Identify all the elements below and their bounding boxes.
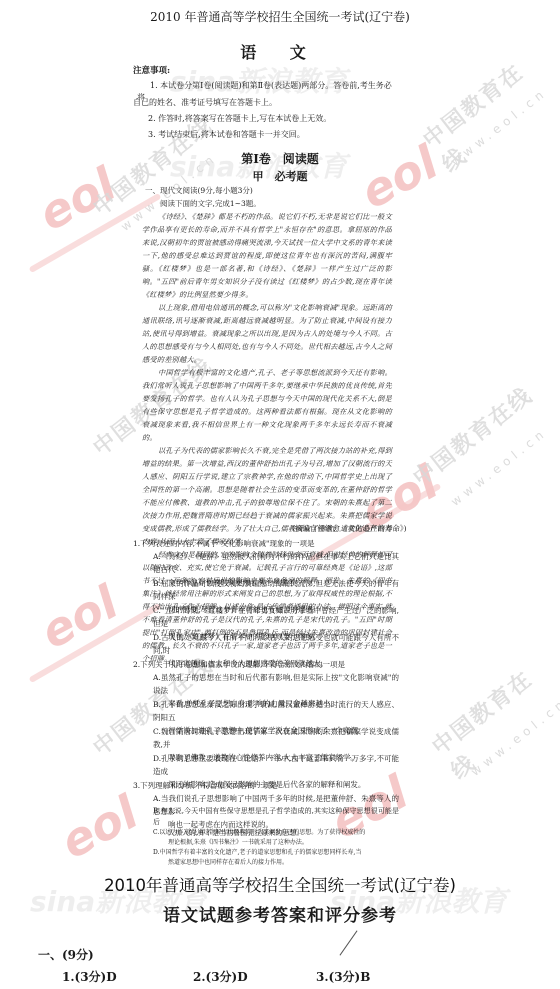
- question-stem: 下列理解和分析,不符合原文内容的一项是: [140, 781, 277, 790]
- question-2: 2.下列关于孔子思想和儒家学说的理解,不符合原文内容的一项是: [133, 658, 395, 671]
- eol-url-watermark: www.eol.cn: [468, 695, 560, 779]
- option-3c: C.以述为作,就是通过注解古代经典的形式来阐发自己的思想。为了获得权威性的理论根…: [153, 828, 399, 848]
- option-text: 孔子的思想主要表现在《论语》一书中,由于这部书只有一万多字,不可能造成: [153, 754, 399, 776]
- notice-heading: 注意事项:: [133, 64, 170, 76]
- option-label: A.: [153, 552, 161, 561]
- option-label: C.: [153, 727, 161, 736]
- section-heading: 一、现代文阅读(9分,每小题3分): [145, 184, 407, 197]
- option-text: 魏晋隋唐时期孔子思想出现了第二次衰减,宋朝的朱熹把儒家学说变成儒教,并: [153, 727, 399, 749]
- option-text: 孔子的思想在秦汉之际出现了衰减,西汉董仲舒把当时流行的天人感应、阴阳五: [153, 700, 399, 722]
- option-text: 虽然孔子的思想在当时和后代都有影响,但是实际上按"文化影响衰减"的说法: [153, 673, 399, 695]
- passage-source: (摘编自任继愈《文化遗产的寿命》): [292, 523, 407, 534]
- question-stem: 下列关于孔子思想和儒家学说的理解,不符合原文内容的一项是: [140, 660, 345, 669]
- option-text: 以述为作,就是通过注解古代经典的形式来阐发自己的思想。为了获得权威性的: [159, 829, 365, 836]
- eol-logo-watermark: eol: [32, 575, 127, 660]
- option-text: 屈原的作品可以使汉初的贾谊感动得痛哭流涕,但是无法使今天的青年有同样深: [153, 579, 399, 601]
- question-1: 1.下列表述的内容,不属于"文化影响衰减"现象的一项是: [133, 537, 395, 550]
- option-label: D.: [153, 754, 161, 763]
- passage-paragraph: 中国哲学有极丰富的文化遗产,孔子、老子等思想流派到今天还有影响。我们常听人说孔子…: [142, 366, 392, 444]
- option-text: "五四"时期,《红楼梦》在青年男女知识分子当中曾经产生过广泛的影响,但是: [153, 606, 399, 628]
- eol-text-watermark: 中国教育在线: [425, 657, 560, 786]
- option-text: 然道家思想中也同样存在着后人的接力作用。: [153, 858, 399, 868]
- option-text: 有人说,今天中国有些保守思想是孔子哲学造成的,其实这种保守思想很可能是后: [153, 807, 399, 826]
- option-3d: D.中国哲学有着丰富的文化遗产,老子的道家思想和孔子的儒家思想同样长寿,当然道家…: [153, 848, 399, 868]
- passage-paragraph: 以上现象,借用电信通讯的概念,可以称为"文化影响衰减"现象。远距离的通讯联络,讯…: [142, 301, 392, 366]
- notice-item: 自己的姓名、准考证号填写在答题卡上。: [133, 97, 388, 109]
- answer-item-3: 3.(3分)B: [316, 968, 370, 985]
- option-label: D.: [153, 633, 161, 642]
- option-label: A.: [153, 794, 161, 803]
- option-label: B.: [153, 579, 161, 588]
- passage-paragraph: 《诗经》、《楚辞》都是不朽的作品。说它们不朽,无非是说它们比一般文学作品享有更长…: [142, 210, 392, 301]
- option-text: 中国哲学有着丰富的文化遗产,老子的道家思想和孔子的儒家思想同样长寿,当: [160, 849, 362, 856]
- notice-item: 2. 作答时,将答案写在答题卡上,写在本试卷上无效。: [148, 113, 403, 125]
- answer-section-heading: 一、(9分): [38, 946, 94, 963]
- reading-instruction: 阅读下面的文字,完成1~3题。: [160, 197, 422, 210]
- option-text: 理论根据,朱熹《四书集注》一书就采用了这种办法。: [153, 838, 399, 848]
- question-3: 3.下列理解和分析,不符合原文内容的一项是: [133, 779, 395, 792]
- eol-logo-watermark: eol: [52, 785, 147, 870]
- part-title: 第Ⅰ卷 阅读题: [0, 150, 560, 167]
- notice-item: 3. 考试结束后,将本试卷和答题卡一并交回。: [148, 129, 403, 141]
- answer-item-1: 1.(3分)D: [62, 968, 117, 985]
- option-label: A.: [153, 673, 161, 682]
- pen-mark: [339, 930, 357, 955]
- part-subtitle: 甲 必考题: [0, 168, 560, 184]
- eol-text-watermark: 中国教育在线: [406, 379, 539, 492]
- option-label: C.: [153, 606, 161, 615]
- option-text: 古人的处境跟今人有所不同,所以古人的思想感受也就可能跟今人有所不同,时: [153, 633, 399, 655]
- option-text: 《诗经》、《楚辞》虽然被人们称为不朽的作品,但在事实上它们只是比其他古代: [153, 552, 399, 574]
- eol-url-watermark: www.eol.cn: [448, 425, 550, 509]
- answer-key-subtitle: 语文试题参考答案和评分参考: [0, 901, 560, 926]
- exam-title: 2010 年普通高等学校招生全国统一考试(辽宁卷): [0, 8, 560, 25]
- option-label: B.: [153, 700, 161, 709]
- question-stem: 下列表述的内容,不属于"文化影响衰减"现象的一项是: [140, 539, 314, 548]
- answer-item-2: 2.(3分)D: [193, 968, 248, 985]
- subject-title: 语 文: [0, 40, 560, 63]
- answer-key-title: 2010年普通高等学校招生全国统一考试(辽宁卷): [0, 872, 560, 896]
